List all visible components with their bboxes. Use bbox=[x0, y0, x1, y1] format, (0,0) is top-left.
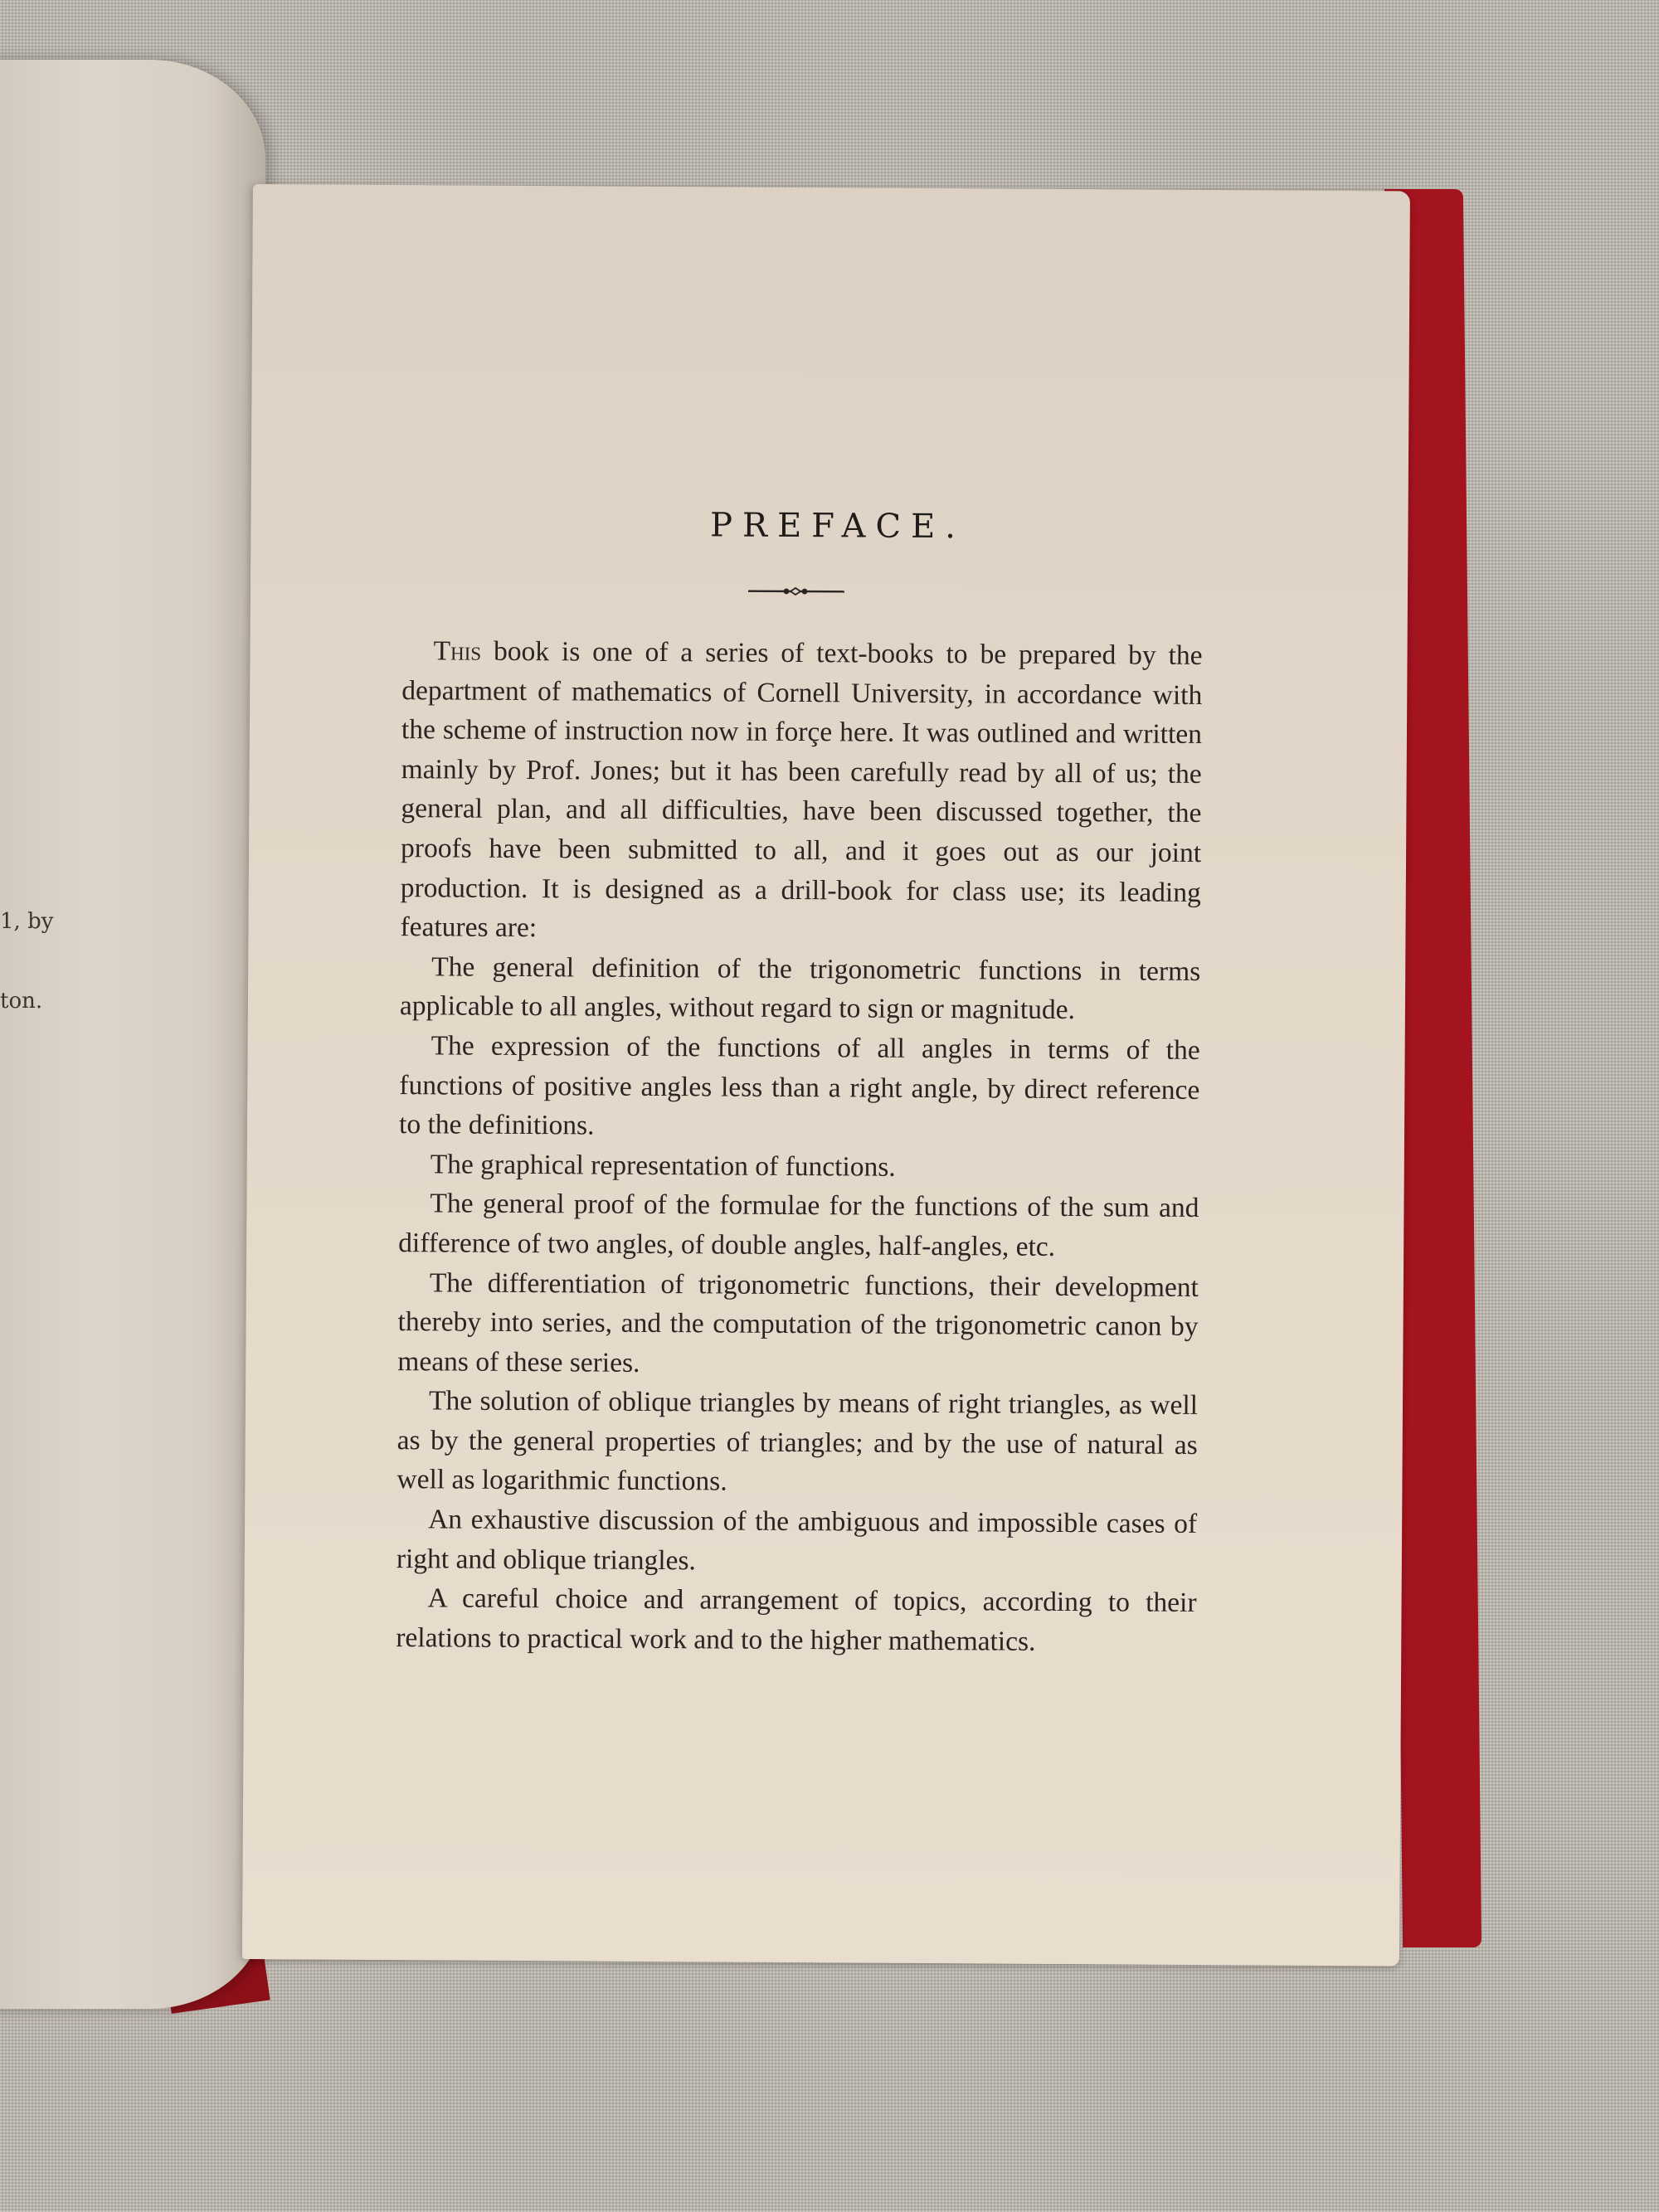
feature-paragraph: The general proof of the formulae for th… bbox=[398, 1184, 1199, 1267]
page-title: PREFACE. bbox=[251, 503, 1408, 549]
feature-paragraph: The expression of the functions of all a… bbox=[399, 1026, 1200, 1150]
lead-word: This bbox=[433, 635, 481, 666]
intro-text: book is one of a series of text-books to… bbox=[400, 636, 1202, 944]
right-page: PREFACE. This book is one of a series of… bbox=[242, 184, 1410, 1966]
feature-paragraph: The graphical representation of function… bbox=[399, 1145, 1199, 1189]
left-page-text-fragment: ton. bbox=[0, 989, 42, 1014]
intro-paragraph: This book is one of a series of text-boo… bbox=[400, 631, 1202, 952]
left-page-text-fragment: 1, by bbox=[0, 909, 53, 934]
feature-paragraph: An exhaustive discussion of the ambiguou… bbox=[397, 1500, 1198, 1583]
left-page-curled: 1, by ton. bbox=[0, 60, 265, 2009]
feature-paragraph: The differentiation of trigonometric fun… bbox=[397, 1263, 1199, 1387]
preface-body: This book is one of a series of text-boo… bbox=[396, 631, 1203, 1662]
feature-paragraph: The general definition of the trigonomet… bbox=[400, 947, 1201, 1031]
rule-diamond-ornament-icon bbox=[748, 586, 844, 598]
feature-paragraph: The solution of oblique triangles by mea… bbox=[397, 1381, 1198, 1505]
feature-paragraph: A careful choice and arrangement of topi… bbox=[396, 1578, 1197, 1662]
